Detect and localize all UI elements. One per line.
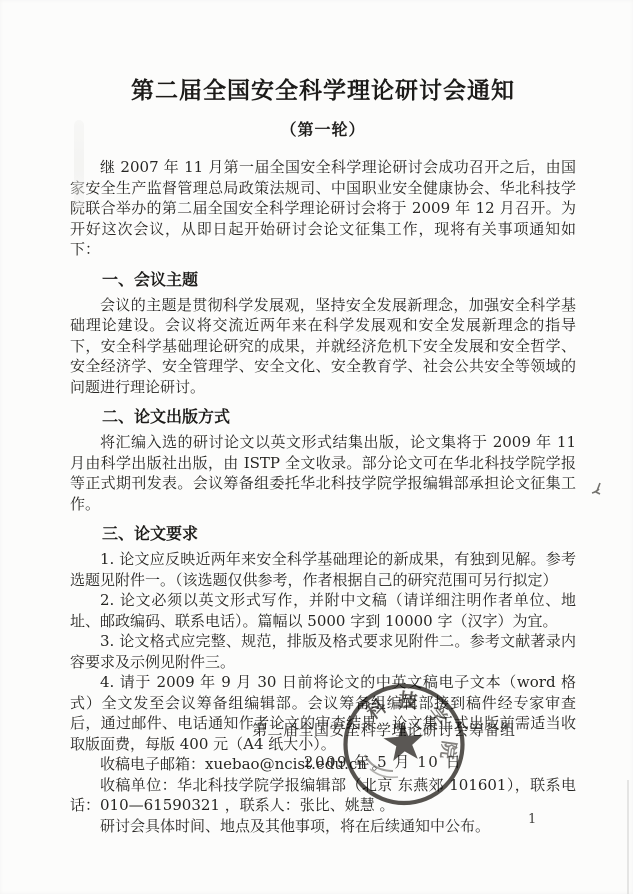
scanned-notice-page: 第二届全国安全科学理论研讨会通知 （第一轮） 继 2007 年 11 月第一届全… — [0, 0, 633, 894]
section-heading: 三、论文要求 — [70, 523, 576, 544]
section-heading: 二、论文出版方式 — [70, 406, 576, 427]
document-title: 第二届全国安全科学理论研讨会通知 — [70, 72, 576, 105]
section-heading: 一、会议主题 — [70, 269, 576, 290]
paragraph: 1. 论文应反映近两年来安全科学基础理论的新成果，有独到见解。参考选题见附件一。… — [70, 549, 576, 590]
scan-smudge-artifact — [74, 120, 84, 210]
seal-char: 技 — [397, 688, 418, 713]
seal-char: 院 — [436, 739, 460, 760]
paragraph: 研讨会具体时间、地点及其他事项，将在后续通知中公布。 — [70, 816, 576, 837]
paragraph: 2. 论文必须以英文形式写作，并附中文稿（请详细注明作者单位、地址、邮政编码、联… — [70, 590, 576, 631]
page-number: 1 — [528, 812, 536, 827]
document-subtitle: （第一轮） — [70, 117, 576, 140]
star-icon — [384, 722, 424, 761]
intro-paragraph: 继 2007 年 11 月第一届全国安全科学理论研讨会成功召开之后，由国家安全生… — [70, 157, 576, 260]
seal-swash — [365, 755, 393, 771]
paragraph: 收稿单位：华北科技学院学报编辑部（北京 东燕郊 101601），联系电话：010… — [70, 775, 576, 816]
pen-mark-artifact — [588, 478, 606, 498]
paragraph: 会议的主题是贯彻科学发展观，坚持安全发展新理念，加强安全科学基础理论建设。会议将… — [70, 295, 576, 398]
official-seal-stamp-icon: 科 技 学 院 — [340, 681, 468, 809]
scanner-edge-artifact — [627, 780, 629, 894]
paragraph: 将汇编入选的研讨论文以英文形式结集出版，论文集将于 2009 年 11 月由科学… — [70, 432, 576, 514]
document-body: 第二届全国安全科学理论研讨会通知 （第一轮） 继 2007 年 11 月第一届全… — [0, 0, 633, 836]
paragraph: 3. 论文格式应完整、规范，排版及格式要求见附件二。参考文献著录内容要求及示例见… — [70, 631, 576, 672]
